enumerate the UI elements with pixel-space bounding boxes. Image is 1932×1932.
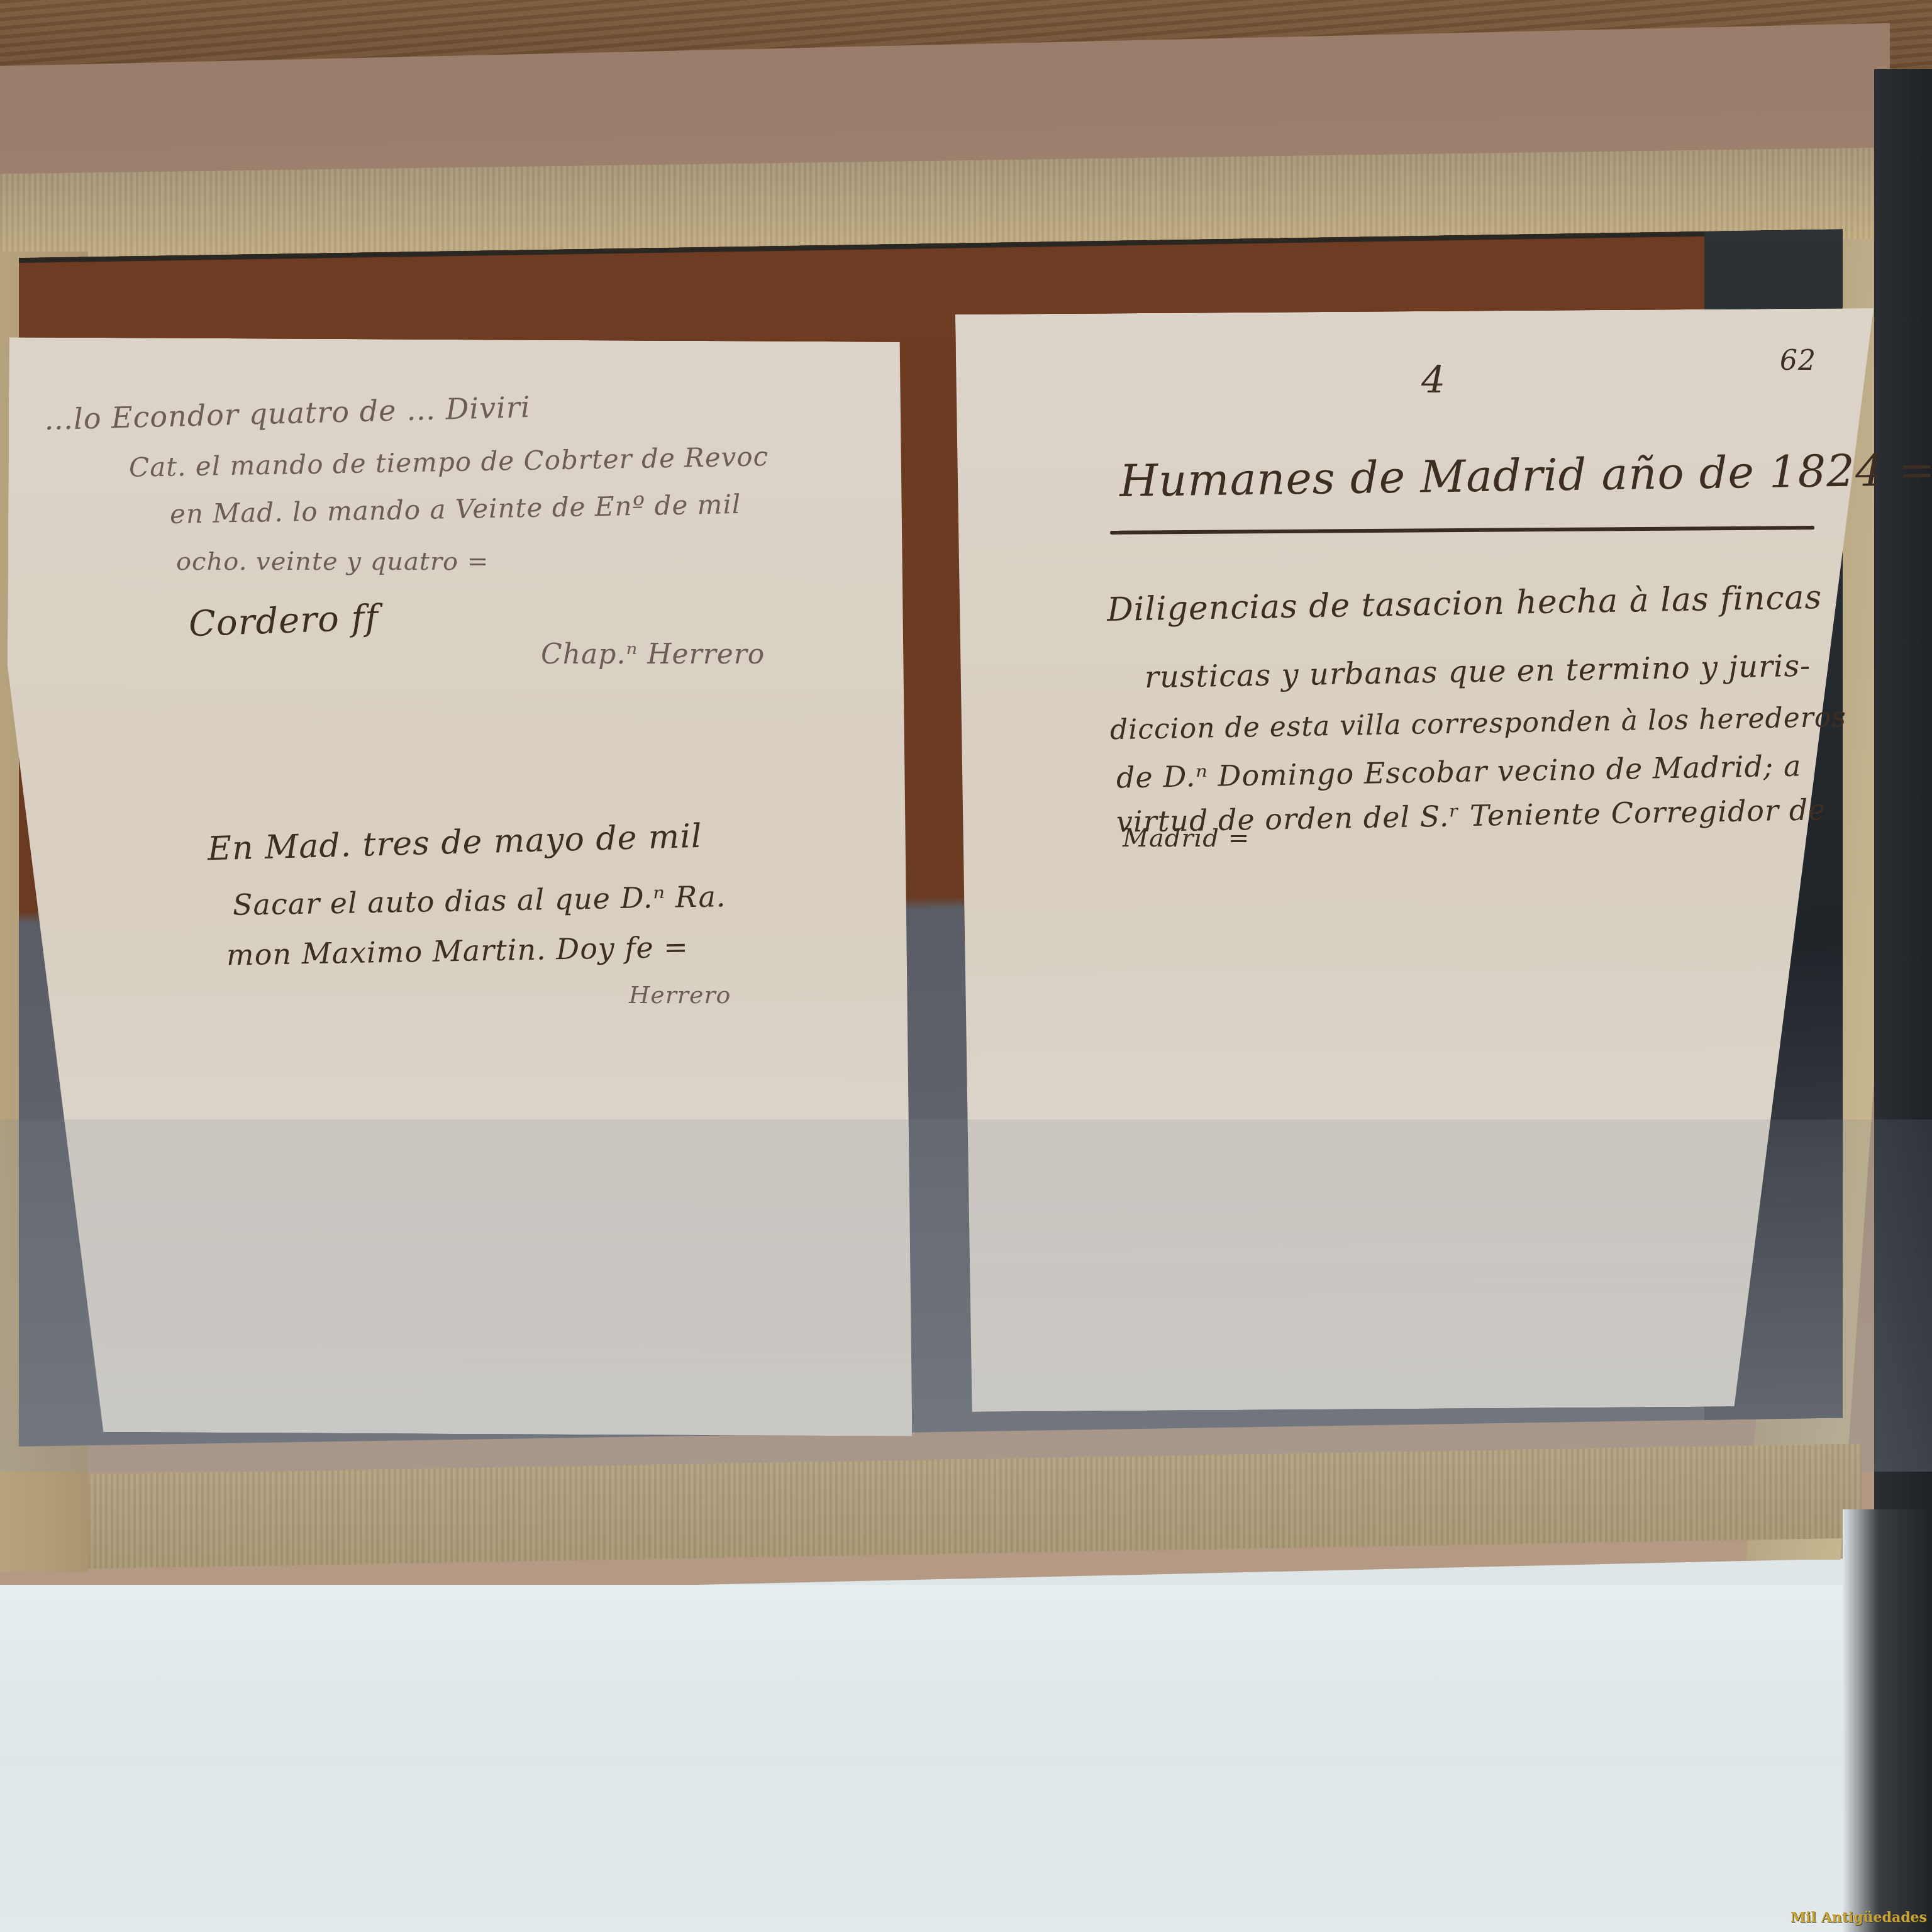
table-edge xyxy=(1843,1509,1932,1932)
photo-scene: …lo Econdor quatro de … Diviri Cat. el m… xyxy=(0,0,1932,1932)
table-surface xyxy=(0,1585,1843,1932)
frame-dark-edge xyxy=(1874,69,1932,1516)
left-line-4: ocho. veinte y quatro = xyxy=(176,547,489,576)
folio-number: 4 xyxy=(1421,358,1446,402)
body-line-6: Madrid = xyxy=(1123,824,1250,853)
page-number: 62 xyxy=(1780,345,1816,377)
signature-cordero: Cordero ff xyxy=(188,597,379,645)
watermark-text: Mil Antigüedades xyxy=(1790,1909,1927,1926)
signature-herrero-1: Chap.ⁿ Herrero xyxy=(541,638,765,670)
signature-herrero-2: Herrero xyxy=(629,981,731,1009)
